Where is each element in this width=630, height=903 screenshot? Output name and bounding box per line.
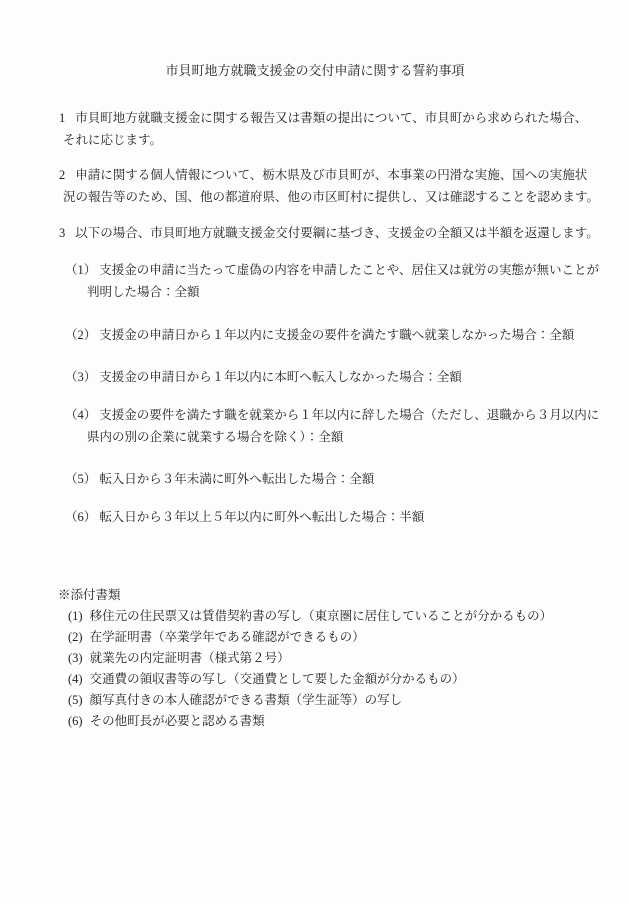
clause-number: 2 (59, 168, 65, 182)
case-text: 支援金の申請に当たって虚偽の内容を申請したことや、居住又は就労の実態が無いことが… (87, 263, 599, 299)
refund-case-5: （5）転入日から３年未満に町外へ転出した場合：全額 (87, 468, 630, 490)
attachment-item-4: (4)交通費の領収書等の写し（交通費として要した金額が分かるもの） (90, 669, 630, 690)
attachment-item-2: (2)在学証明書（卒業学年である確認ができるもの） (90, 627, 630, 648)
attachment-number: (6) (68, 714, 83, 728)
case-text: 転入日から３年未満に町外へ転出した場合：全額 (99, 472, 374, 486)
refund-case-6: （6）転入日から３年以上５年以内に町外へ転出した場合：半額 (87, 506, 630, 528)
pledge-clause-2: 2申請に関する個人情報について、栃木県及び市貝町が、本事業の円滑な実施、国への実… (63, 164, 630, 208)
case-text: 支援金の申請日から１年以内に支援金の要件を満たす職へ就業しなかった場合：全額 (99, 328, 574, 342)
refund-case-3: （3）支援金の申請日から１年以内に本町へ転入しなかった場合：全額 (87, 366, 630, 388)
attachments-heading: ※添付書類 (58, 584, 630, 606)
case-number: （3） (65, 370, 96, 384)
refund-case-4: （4）支援金の要件を満たす職を就業から１年以内に辞した場合（ただし、退職から３月… (87, 404, 630, 448)
attachment-number: (1) (68, 609, 83, 623)
case-number: （6） (65, 510, 96, 524)
pledge-clause-3: 3以下の場合、市貝町地方就職支援金交付要綱に基づき、支援金の全額又は半額を返還し… (63, 222, 630, 244)
attachment-number: (3) (68, 651, 83, 665)
attachment-text: 移住元の住民票又は賃借契約書の写し（東京圏に居住していることが分かるもの） (90, 609, 553, 623)
refund-case-2: （2）支援金の申請日から１年以内に支援金の要件を満たす職へ就業しなかった場合：全… (87, 324, 630, 346)
attachment-text: 顔写真付きの本人確認ができる書類（学生証等）の写し (90, 693, 403, 707)
attachment-text: その他町長が必要と認める書類 (90, 714, 265, 728)
case-text: 転入日から３年以上５年以内に町外へ転出した場合：半額 (99, 510, 424, 524)
attachment-text: 在学証明書（卒業学年である確認ができるもの） (90, 630, 365, 644)
clause-number: 3 (59, 226, 65, 240)
case-number: （1） (65, 263, 96, 277)
attachment-item-6: (6)その他町長が必要と認める書類 (90, 711, 630, 732)
case-number: （4） (65, 408, 96, 422)
clause-text: 申請に関する個人情報について、栃木県及び市貝町が、本事業の円滑な実施、国への実施… (63, 168, 599, 204)
attachment-text: 交通費の領収書等の写し（交通費として要した金額が分かるもの） (90, 672, 465, 686)
case-text: 支援金の申請日から１年以内に本町へ転入しなかった場合：全額 (99, 370, 462, 384)
case-text: 支援金の要件を満たす職を就業から１年以内に辞した場合（ただし、退職から３月以内に… (87, 408, 599, 444)
attachment-item-3: (3)就業先の内定証明書（様式第２号） (90, 648, 630, 669)
case-number: （5） (65, 472, 96, 486)
attachment-item-5: (5)顔写真付きの本人確認ができる書類（学生証等）の写し (90, 690, 630, 711)
pledge-clause-1: 1市貝町地方就職支援金に関する報告又は書類の提出について、市貝町から求められた場… (63, 107, 630, 151)
attachment-text: 就業先の内定証明書（様式第２号） (90, 651, 290, 665)
attachment-number: (2) (68, 630, 83, 644)
clause-text: 市貝町地方就職支援金に関する報告又は書類の提出について、市貝町から求められた場合… (63, 111, 587, 147)
case-number: （2） (65, 328, 96, 342)
clause-number: 1 (59, 111, 65, 125)
attachment-number: (5) (68, 693, 83, 707)
attachment-item-1: (1)移住元の住民票又は賃借契約書の写し（東京圏に居住していることが分かるもの） (90, 606, 630, 627)
document-title: 市貝町地方就職支援金の交付申請に関する誓約事項 (0, 62, 630, 79)
attachment-number: (4) (68, 672, 83, 686)
refund-case-1: （1）支援金の申請に当たって虚偽の内容を申請したことや、居住又は就労の実態が無い… (87, 259, 630, 303)
document-page: 市貝町地方就職支援金の交付申請に関する誓約事項 1市貝町地方就職支援金に関する報… (0, 0, 630, 903)
clause-text: 以下の場合、市貝町地方就職支援金交付要綱に基づき、支援金の全額又は半額を返還しま… (75, 226, 599, 240)
